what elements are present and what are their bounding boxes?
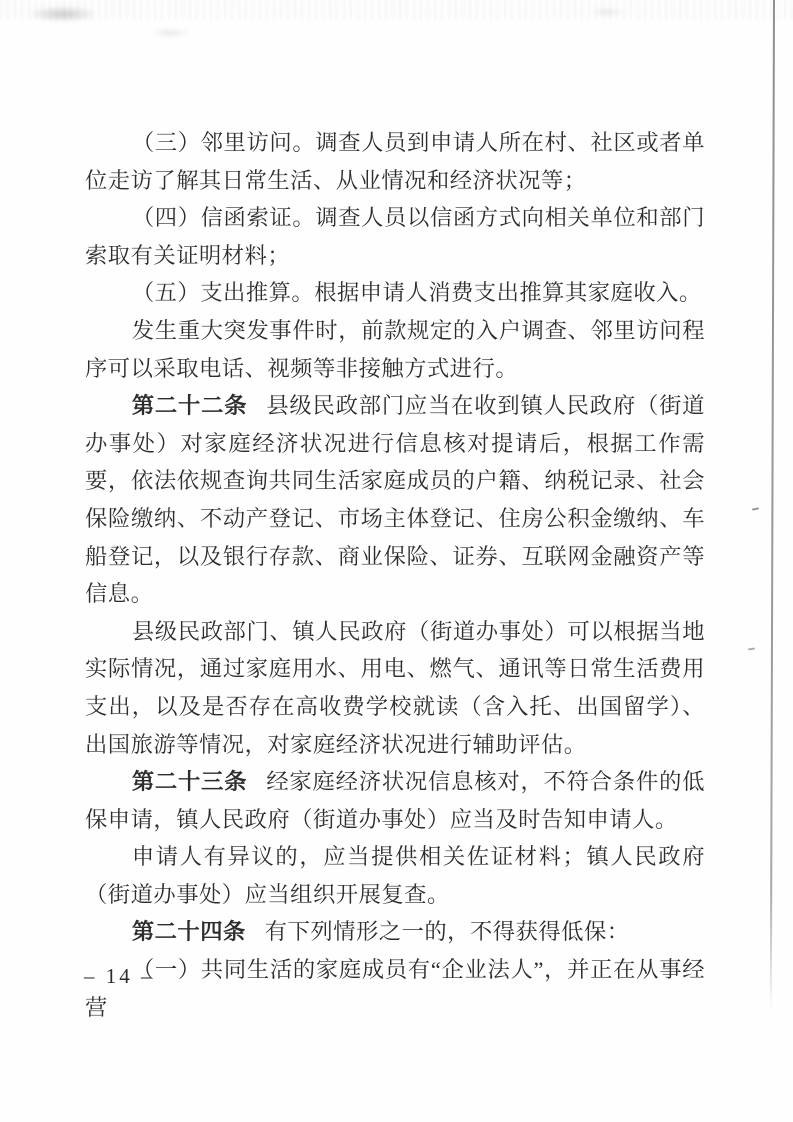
paragraph: 第二十二条县级民政部门应当在收到镇人民政府（街道办事处）对家庭经济状况进行信息核… [85,387,705,613]
article-number: 第二十二条 [132,393,248,418]
paragraph: （一）共同生活的家庭成员有“企业法人”，并正在从事经营 [85,951,705,1026]
paragraph: 发生重大突发事件时，前款规定的入户调查、邻里访问程序可以采取电话、视频等非接触方… [85,312,705,387]
paragraph-text: 县级民政部门应当在收到镇人民政府（街道办事处）对家庭经济状况进行信息核对提请后，… [85,393,705,606]
paragraph-text: （一）共同生活的家庭成员有“企业法人”，并正在从事经营 [85,957,705,1020]
paragraph-text: 发生重大突发事件时，前款规定的入户调查、邻里访问程序可以采取电话、视频等非接触方… [85,318,705,381]
scan-noise-band [0,0,793,20]
scan-smudge [150,28,190,38]
page-number: – 14 – [84,964,155,989]
paragraph-text: 申请人有异议的，应当提供相关佐证材料；镇人民政府（街道办事处）应当组织开展复查。 [85,844,705,907]
document-body: （三）邻里访问。调查人员到申请人所在村、社区或者单位走访了解其日常生活、从业情况… [85,124,705,1026]
scan-speck [748,648,755,651]
paragraph-text: 县级民政部门、镇人民政府（街道办事处）可以根据当地实际情况，通过家庭用水、用电、… [85,619,705,757]
paragraph-text: （三）邻里访问。调查人员到申请人所在村、社区或者单位走访了解其日常生活、从业情况… [85,130,705,193]
scan-speck [752,507,759,510]
scan-smudge [590,8,624,16]
scan-page-edge-line [770,0,775,1012]
article-number: 第二十四条 [132,919,246,944]
paragraph: 第二十四条有下列情形之一的，不得获得低保： [85,913,705,951]
scanned-document-page: （三）邻里访问。调查人员到申请人所在村、社区或者单位走访了解其日常生活、从业情况… [0,0,793,1122]
scan-smudge [28,6,98,22]
paragraph: 第二十三条经家庭经济状况信息核对，不符合条件的低保申请，镇人民政府（街道办事处）… [85,763,705,838]
paragraph: 县级民政部门、镇人民政府（街道办事处）可以根据当地实际情况，通过家庭用水、用电、… [85,613,705,763]
paragraph: 申请人有异议的，应当提供相关佐证材料；镇人民政府（街道办事处）应当组织开展复查。 [85,838,705,913]
paragraph-text: （五）支出推算。根据申请人消费支出推算其家庭收入。 [132,280,702,305]
paragraph: （三）邻里访问。调查人员到申请人所在村、社区或者单位走访了解其日常生活、从业情况… [85,124,705,199]
paragraph-text: （四）信函索证。调查人员以信函方式向相关单位和部门索取有关证明材料； [85,205,705,268]
paragraph: （五）支出推算。根据申请人消费支出推算其家庭收入。 [85,274,705,312]
paragraph-text: 有下列情形之一的，不得获得低保： [265,919,630,944]
paragraph: （四）信函索证。调查人员以信函方式向相关单位和部门索取有关证明材料； [85,199,705,274]
article-number: 第二十三条 [132,769,248,794]
